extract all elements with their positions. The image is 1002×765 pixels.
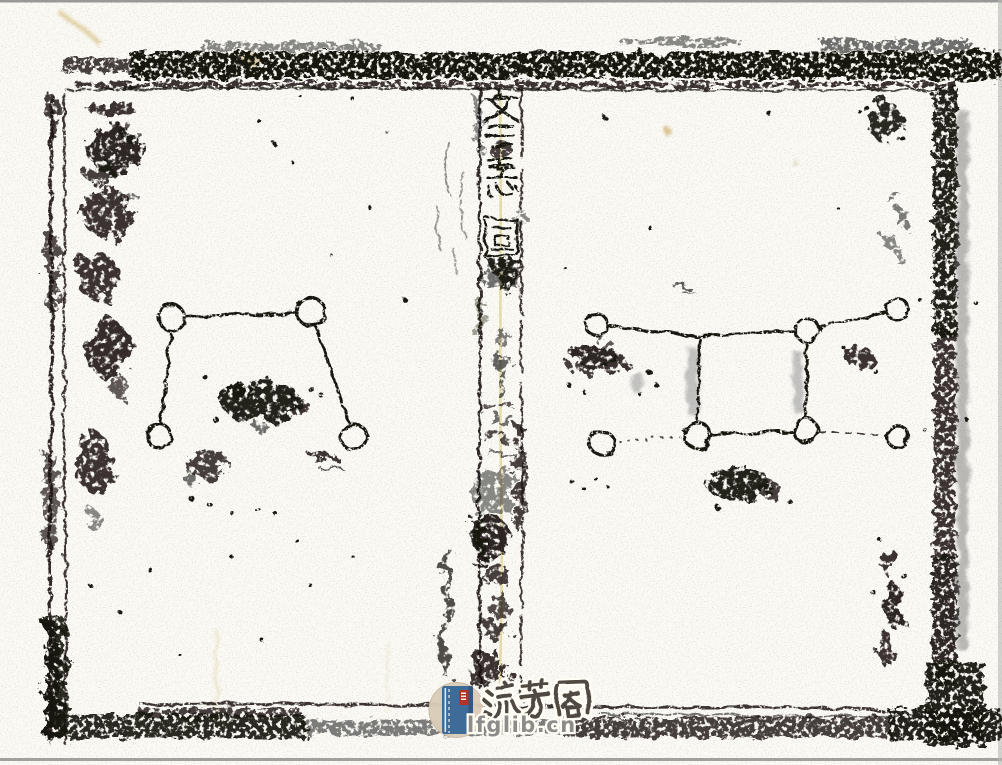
watermark-domain-text: lfglib.cn [467,713,577,737]
page-scan: 文 學 志 圖 [0,0,1002,765]
book-label [459,690,469,705]
watermark: 流芳阁 lfglib.cn [429,680,589,738]
scan-grain-overlay [0,0,1002,765]
